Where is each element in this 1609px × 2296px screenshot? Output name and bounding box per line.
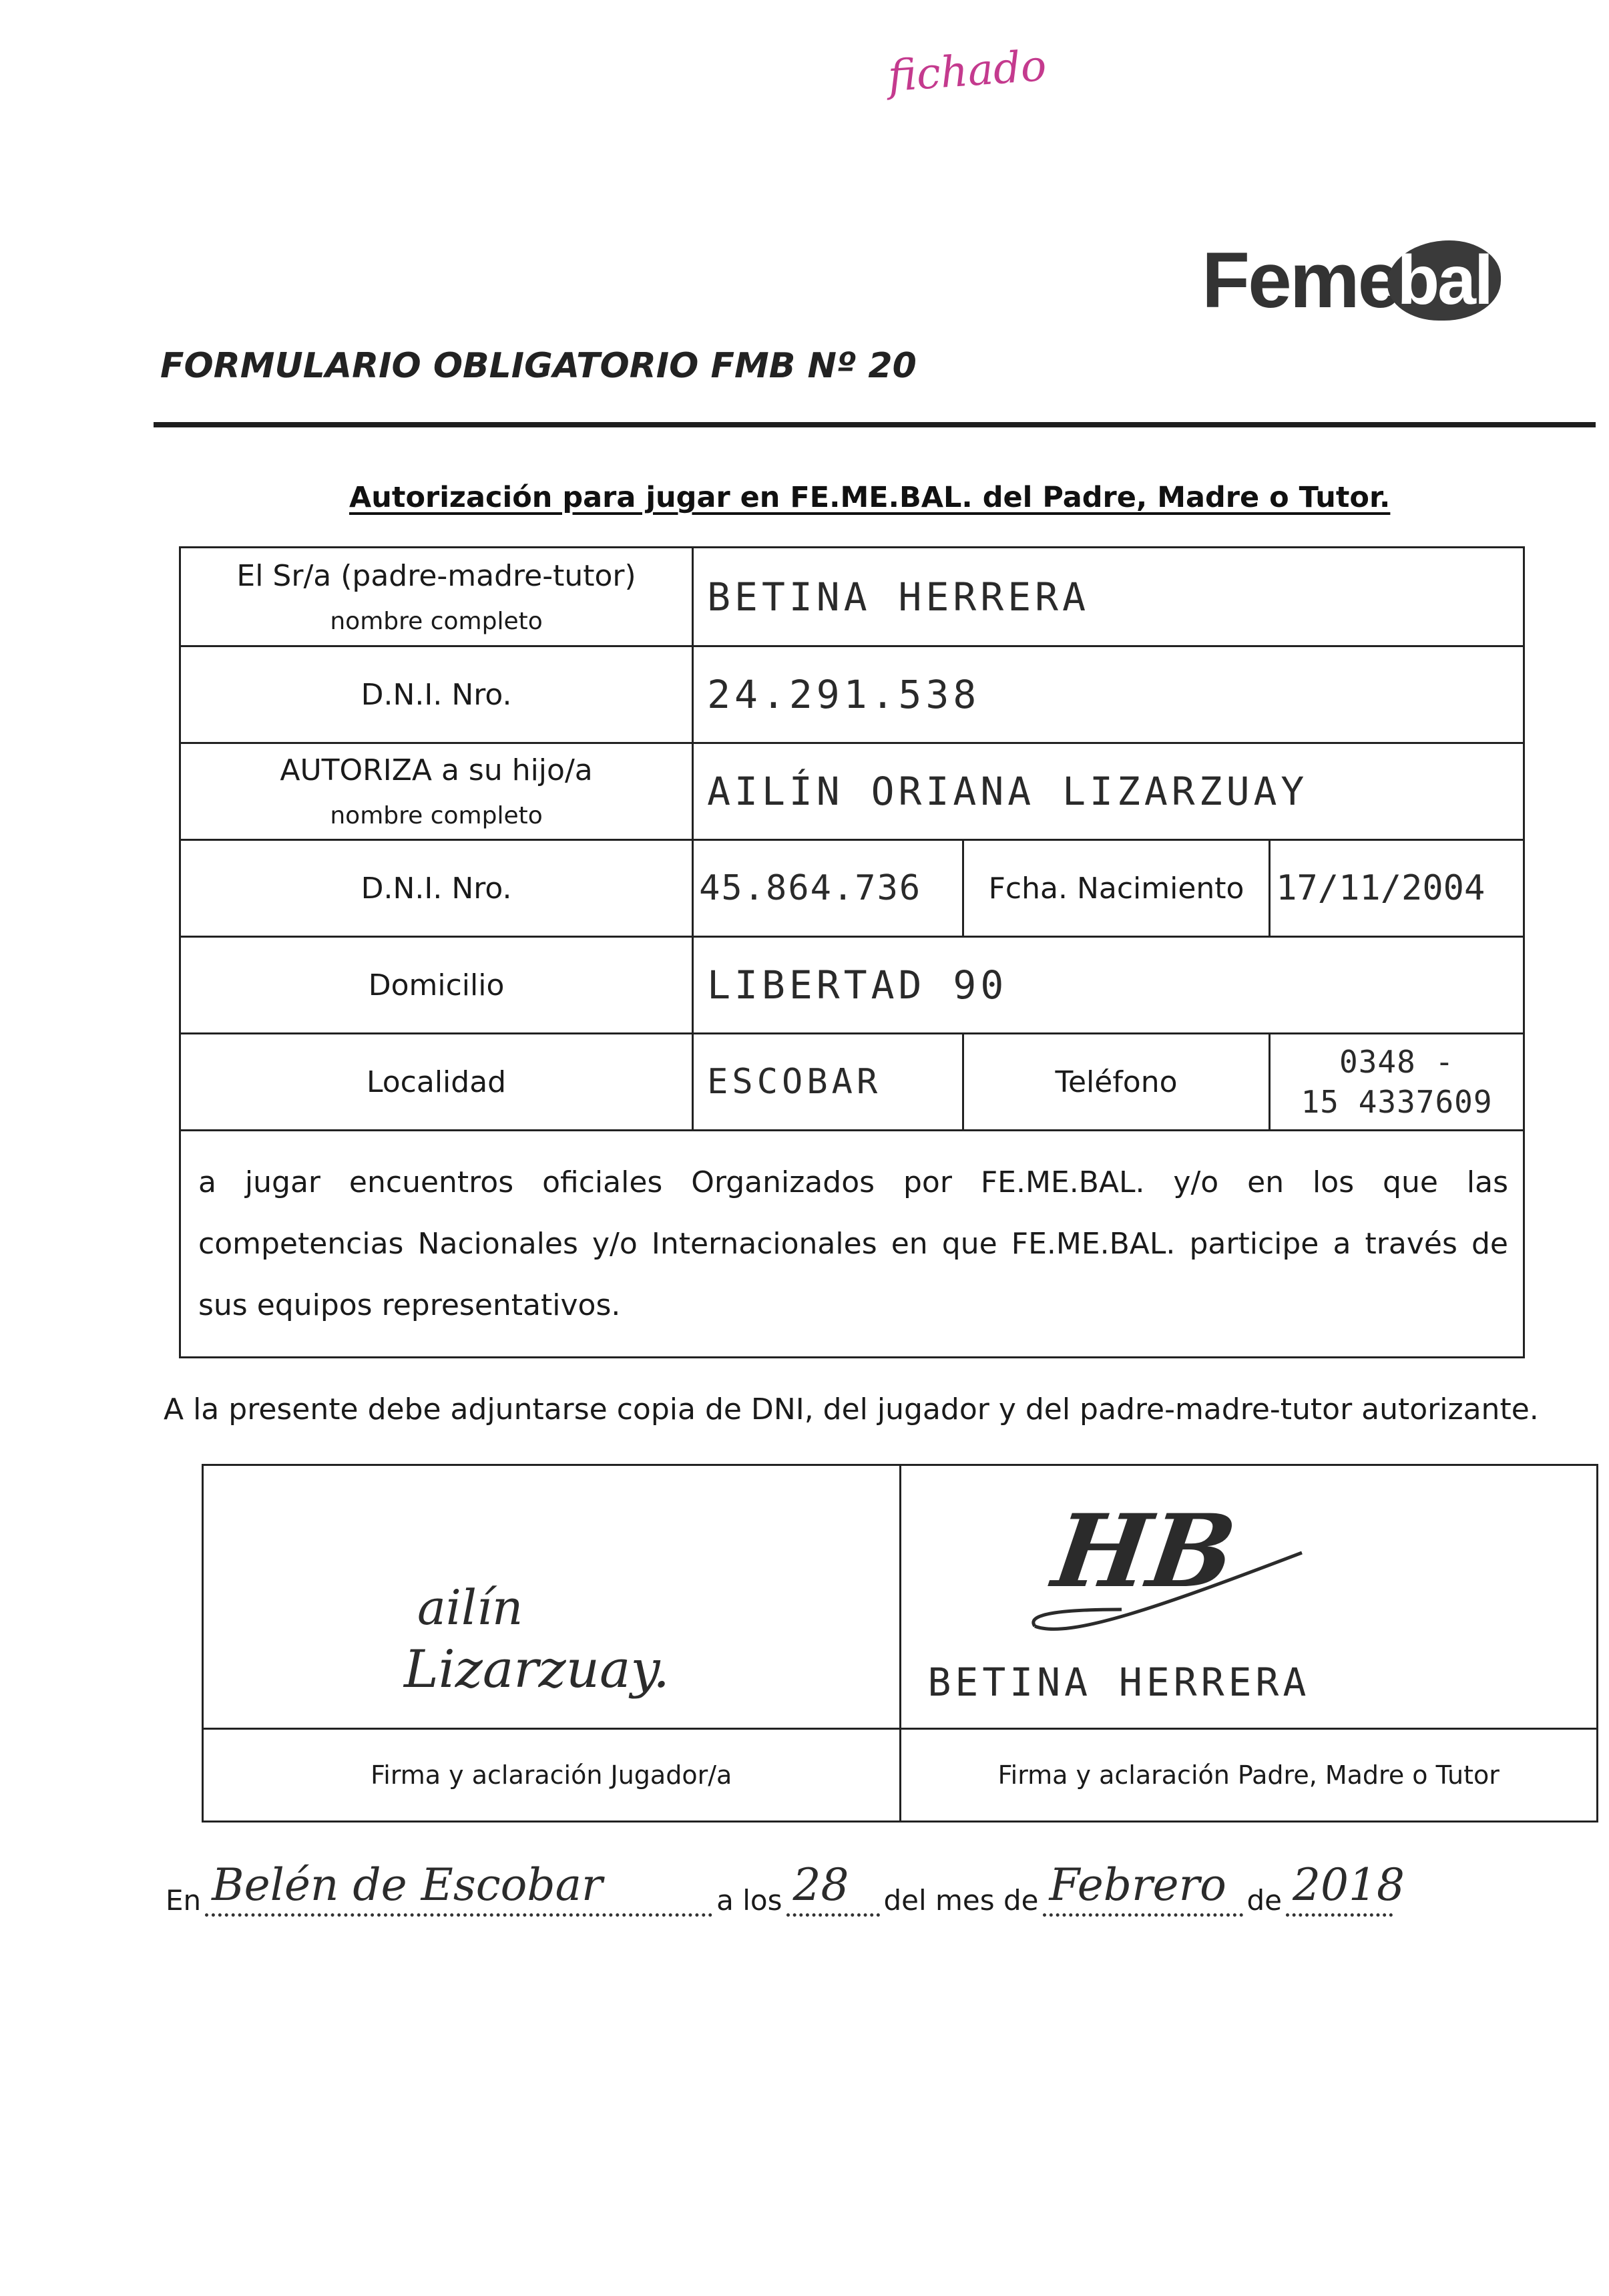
authorization-table: El Sr/a (padre-madre-tutor) nombre compl… — [179, 546, 1525, 1358]
child-dni-field[interactable]: 45.864.736 — [693, 840, 963, 937]
parent-sublabel: nombre completo — [181, 608, 692, 635]
table-row: ailín Lizarzuay. HB BETINA HERRERA — [203, 1465, 1598, 1729]
attachment-note: A la presente debe adjuntarse copia de D… — [164, 1392, 1539, 1426]
table-row: AUTORIZA a su hijo/a nombre completo AIL… — [180, 743, 1524, 840]
logo-text: Feme — [1202, 235, 1399, 326]
parent-signature-caption: Firma y aclaración Padre, Madre o Tutor — [900, 1729, 1598, 1822]
parent-clarification: BETINA HERRERA — [928, 1660, 1311, 1705]
month-label: del mes de — [884, 1884, 1039, 1917]
player-signature-caption: Firma y aclaración Jugador/a — [203, 1729, 901, 1822]
child-dni-label: D.N.I. Nro. — [180, 840, 693, 937]
parent-name-field[interactable]: BETINA HERRERA — [693, 548, 1524, 646]
player-signature-line-1: ailín — [417, 1579, 523, 1636]
parent-signature-box[interactable]: HB BETINA HERRERA — [900, 1465, 1598, 1729]
child-label-cell: AUTORIZA a su hijo/a nombre completo — [180, 743, 693, 840]
authorization-text: a jugar encuentros oficiales Organizados… — [180, 1131, 1524, 1358]
parent-dni-field[interactable]: 24.291.538 — [693, 646, 1524, 743]
form-subtitle: Autorización para jugar en FE.ME.BAL. de… — [349, 481, 1390, 514]
place-field[interactable]: Belén de Escobar — [205, 1873, 712, 1917]
table-row: D.N.I. Nro. 24.291.538 — [180, 646, 1524, 743]
phone-line-2: 15 4337609 — [1271, 1082, 1523, 1122]
city-field[interactable]: ESCOBAR — [693, 1034, 963, 1131]
table-row: Domicilio LIBERTAD 90 — [180, 937, 1524, 1034]
address-label: Domicilio — [180, 937, 693, 1034]
child-label: AUTORIZA a su hijo/a — [280, 753, 592, 787]
form-title: FORMULARIO OBLIGATORIO FMB Nº 20 — [160, 346, 917, 386]
table-row: D.N.I. Nro. 45.864.736 Fcha. Nacimiento … — [180, 840, 1524, 937]
day-field[interactable]: 28 — [786, 1873, 880, 1917]
signature-table: ailín Lizarzuay. HB BETINA HERRERA Firma… — [202, 1464, 1598, 1823]
signature-flourish-icon — [1028, 1546, 1309, 1640]
table-row: Firma y aclaración Jugador/a Firma y acl… — [203, 1729, 1598, 1822]
logo-oval: bal — [1387, 240, 1501, 321]
phone-line-1: 0348 - — [1271, 1042, 1523, 1082]
child-name-field[interactable]: AILÍN ORIANA LIZARZUAY — [693, 743, 1524, 840]
fichado-stamp: fichado — [887, 41, 1048, 102]
birth-date-label: Fcha. Nacimiento — [963, 840, 1269, 937]
day-label: a los — [716, 1884, 782, 1917]
year-field[interactable]: 2018 — [1286, 1873, 1393, 1917]
table-row: Localidad ESCOBAR Teléfono 0348 - 15 433… — [180, 1034, 1524, 1131]
table-row: a jugar encuentros oficiales Organizados… — [180, 1131, 1524, 1358]
header-divider — [154, 422, 1596, 427]
player-signature-line-2: Lizarzuay. — [404, 1640, 670, 1700]
month-field[interactable]: Febrero — [1043, 1873, 1243, 1917]
child-sublabel: nombre completo — [181, 802, 692, 829]
phone-label: Teléfono — [963, 1034, 1269, 1131]
year-label: de — [1247, 1884, 1283, 1917]
address-field[interactable]: LIBERTAD 90 — [693, 937, 1524, 1034]
birth-date-field[interactable]: 17/11/2004 — [1270, 840, 1524, 937]
player-signature-box[interactable]: ailín Lizarzuay. — [203, 1465, 901, 1729]
city-label: Localidad — [180, 1034, 693, 1131]
femebal-logo: Feme bal — [1202, 240, 1501, 321]
footer-prefix: En — [166, 1884, 201, 1917]
parent-dni-label: D.N.I. Nro. — [180, 646, 693, 743]
parent-label: El Sr/a (padre-madre-tutor) — [236, 559, 636, 593]
parent-label-cell: El Sr/a (padre-madre-tutor) nombre compl… — [180, 548, 693, 646]
phone-field[interactable]: 0348 - 15 4337609 — [1270, 1034, 1524, 1131]
place-date-line: En Belén de Escobar a los 28 del mes de … — [166, 1873, 1397, 1917]
table-row: El Sr/a (padre-madre-tutor) nombre compl… — [180, 548, 1524, 646]
